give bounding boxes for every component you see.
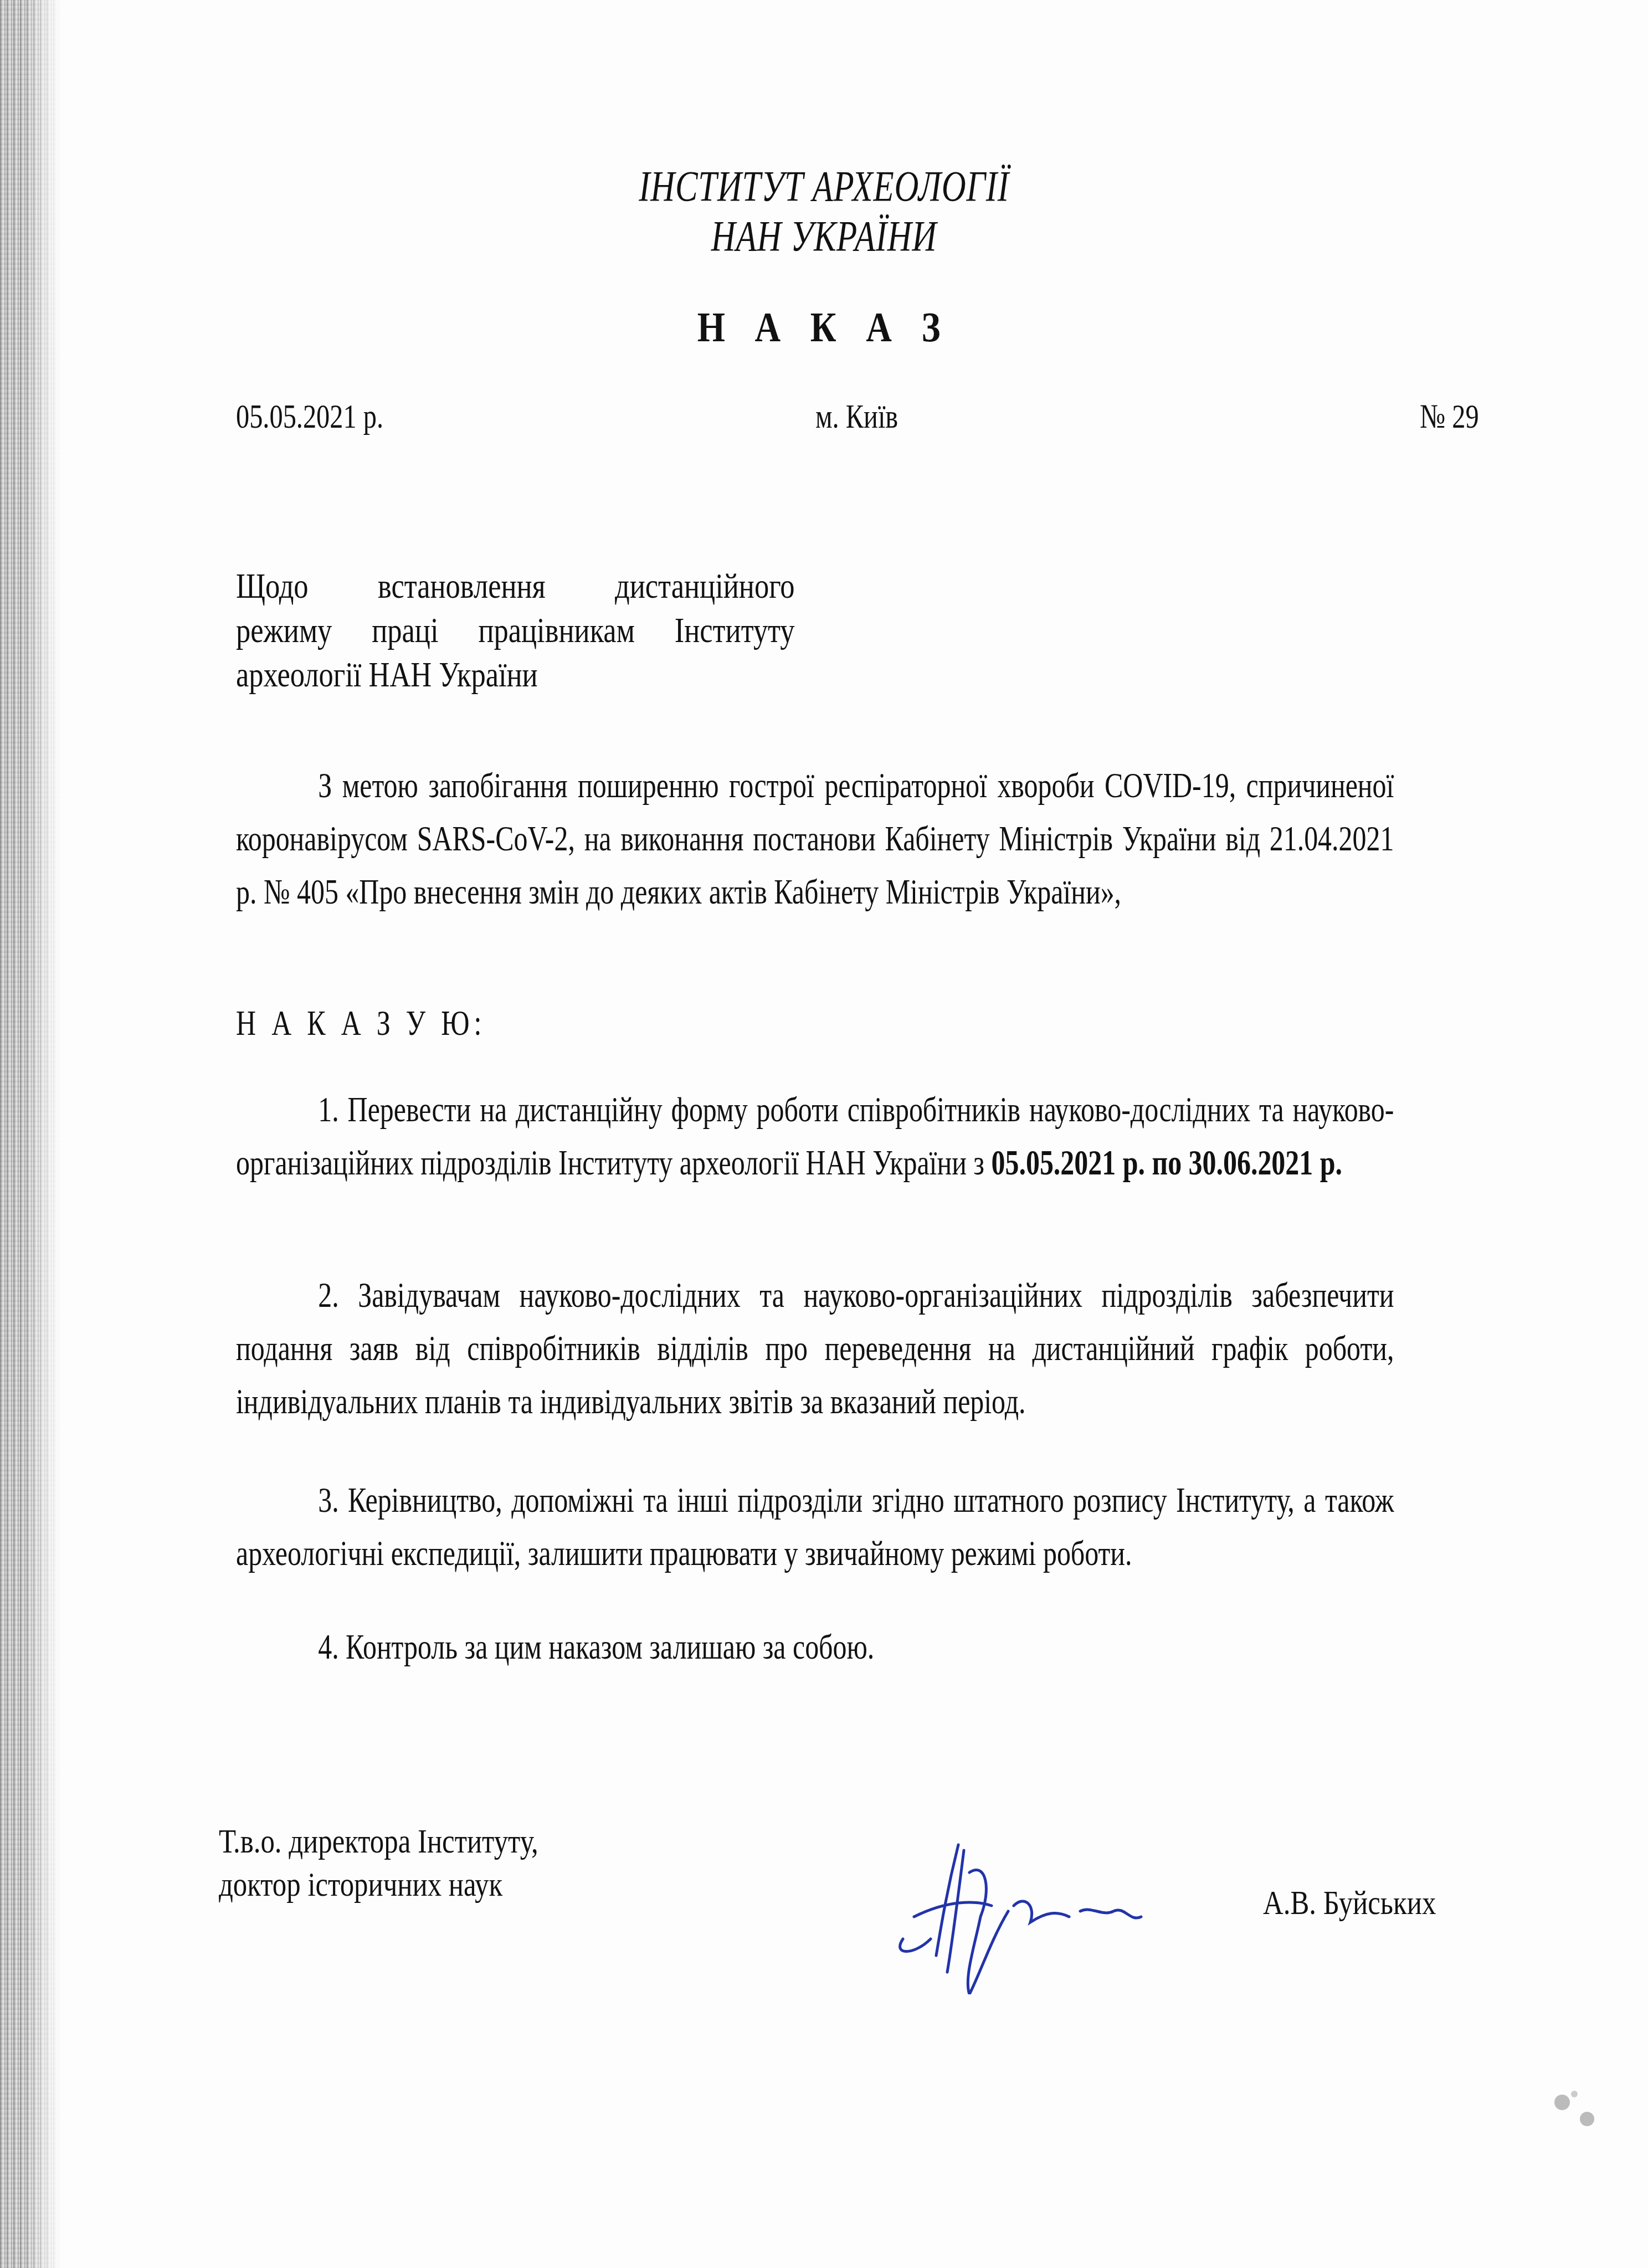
order-number: № 29 bbox=[1420, 394, 1479, 439]
order-city: м. Київ bbox=[815, 394, 898, 439]
order-item-4: 4. Контроль за цим наказом залишаю за со… bbox=[236, 1620, 1394, 1674]
scan-edge-noise bbox=[0, 0, 61, 2268]
item-number: 4. bbox=[318, 1627, 338, 1666]
preamble-text: З метою запобігання поширенню гострої ре… bbox=[236, 766, 1394, 911]
order-date: 05.05.2021 р. bbox=[236, 394, 383, 439]
signatory-name: А.В. Буйських bbox=[1263, 1884, 1436, 1923]
item-text: Контроль за цим наказом залишаю за собою… bbox=[346, 1627, 874, 1666]
subject-line: Щодо встановлення дистанційного bbox=[236, 564, 795, 608]
item-number: 1. bbox=[318, 1090, 338, 1129]
item-text: Завідувачам науково-дослідних та науково… bbox=[236, 1275, 1394, 1421]
subject-line: археології НАН України bbox=[236, 653, 795, 697]
order-item-2: 2. Завідувачам науково-дослідних та наук… bbox=[236, 1269, 1394, 1428]
position-line: Т.в.о. директора Інституту, bbox=[219, 1820, 538, 1863]
position-line: доктор історичних наук bbox=[219, 1863, 538, 1906]
item-bold-period: 05.05.2021 р. по 30.06.2021 р. bbox=[992, 1143, 1342, 1182]
preamble-paragraph: З метою запобігання поширенню гострої ре… bbox=[236, 759, 1394, 919]
institute-name-line1: ІНСТИТУТ АРХЕОЛОГІЇ bbox=[181, 160, 1467, 213]
institute-name-line2: НАН УКРАЇНИ bbox=[181, 209, 1467, 263]
handwritten-signature-icon bbox=[881, 1828, 1191, 1994]
order-item-3: 3. Керівництво, допоміжні та інші підроз… bbox=[236, 1474, 1394, 1580]
subject-line: режиму праці працівникам Інституту bbox=[236, 608, 795, 653]
item-text: Керівництво, допоміжні та інші підрозділ… bbox=[236, 1480, 1394, 1573]
document-type-title: Н А К А З bbox=[124, 304, 1524, 352]
scan-specks-icon bbox=[1540, 2077, 1606, 2144]
item-number: 2. bbox=[318, 1275, 338, 1315]
order-subject: Щодо встановлення дистанційного режиму п… bbox=[236, 564, 795, 697]
order-item-1: 1. Перевести на дистанційну форму роботи… bbox=[236, 1083, 1394, 1189]
signatory-position: Т.в.о. директора Інституту, доктор істор… bbox=[219, 1820, 538, 1906]
order-heading: Н А К А З У Ю: bbox=[236, 1003, 486, 1044]
item-number: 3. bbox=[318, 1480, 338, 1520]
